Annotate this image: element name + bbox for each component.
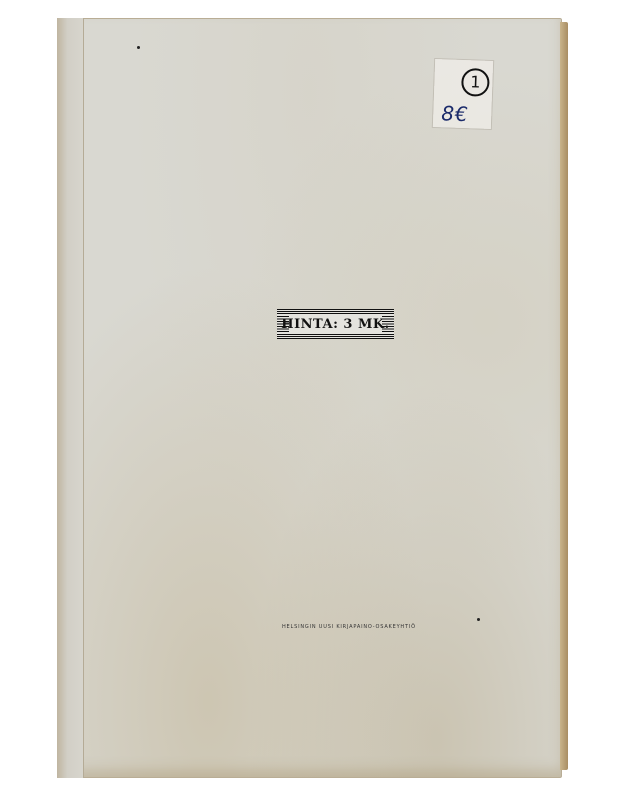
price-label-box: HINTA: 3 MK. [277,309,394,339]
worn-page-edge [560,22,568,770]
stain-speck [137,46,140,49]
book-back-cover: 1 8€ HINTA: 3 MK. HELSINGIN UUSI KIRJAPA… [57,18,562,778]
handwritten-price: 8€ [441,101,469,126]
stain-speck [477,618,480,621]
book-spine-edge [57,18,84,778]
publisher-imprint: HELSINGIN UUSI KIRJAPAINO-OSAKEYHTIÖ [282,624,416,630]
circled-number: 1 [461,68,490,97]
price-label: HINTA: 3 MK. [281,317,389,332]
price-sticker: 1 8€ [433,59,493,129]
